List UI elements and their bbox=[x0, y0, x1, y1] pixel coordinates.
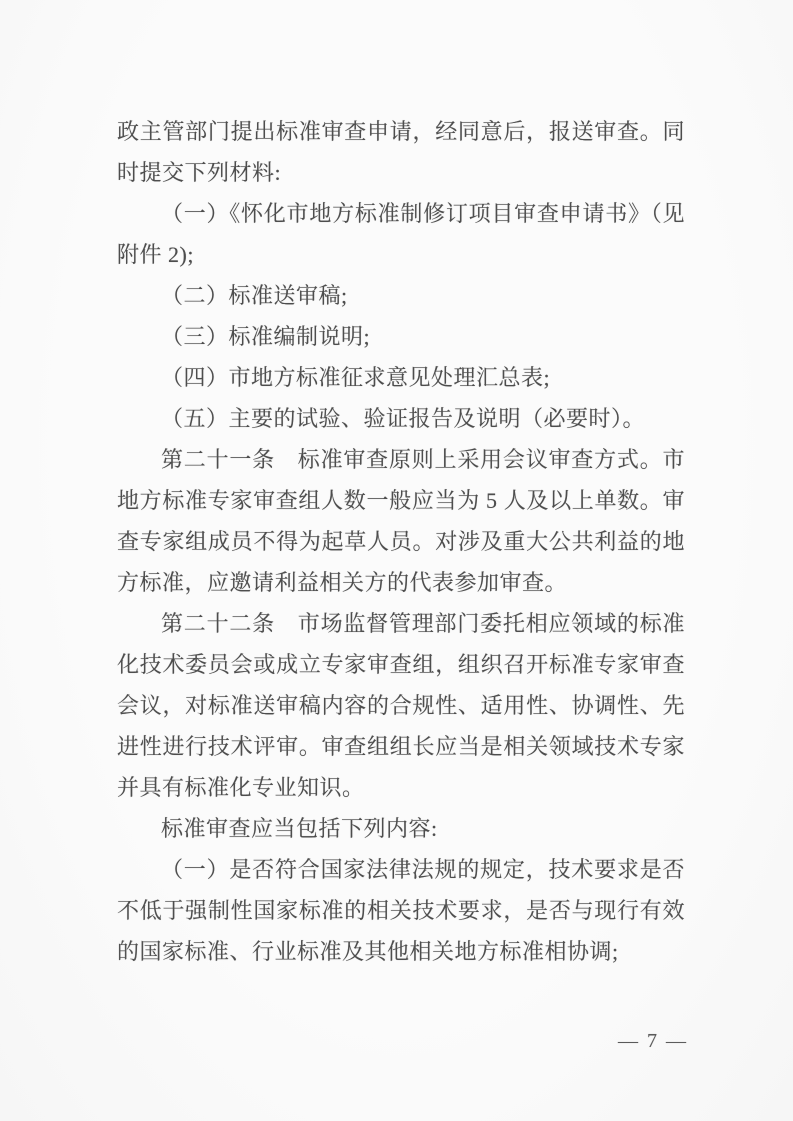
page-number: — 7 — bbox=[618, 1029, 688, 1053]
paragraph-item-1: （一）《怀化市地方标准制修订项目审查申请书》（见附件 2); bbox=[117, 193, 685, 275]
document-body: 政主管部门提出标准审查申请，经同意后，报送审查。同时提交下列材料: （一）《怀化… bbox=[117, 111, 685, 972]
paragraph-review-contents-lead: 标准审查应当包括下列内容: bbox=[117, 808, 685, 849]
paragraph-item-5: （五）主要的试验、验证报告及说明（必要时）。 bbox=[117, 398, 685, 439]
paragraph-article-21: 第二十一条 标准审查原则上采用会议审查方式。市地方标准专家审查组人数一般应当为 … bbox=[117, 439, 685, 603]
paragraph-item-3: （三）标准编制说明; bbox=[117, 316, 685, 357]
paragraph-review-item-1: （一）是否符合国家法律法规的规定，技术要求是否不低于强制性国家标准的相关技术要求… bbox=[117, 849, 685, 972]
document-page: 政主管部门提出标准审查申请，经同意后，报送审查。同时提交下列材料: （一）《怀化… bbox=[0, 0, 793, 1121]
paragraph-continuation: 政主管部门提出标准审查申请，经同意后，报送审查。同时提交下列材料: bbox=[117, 111, 685, 193]
paragraph-item-4: （四）市地方标准征求意见处理汇总表; bbox=[117, 357, 685, 398]
paragraph-article-22: 第二十二条 市场监督管理部门委托相应领域的标准化技术委员会或成立专家审查组，组织… bbox=[117, 603, 685, 808]
paragraph-item-2: （二）标准送审稿; bbox=[117, 275, 685, 316]
